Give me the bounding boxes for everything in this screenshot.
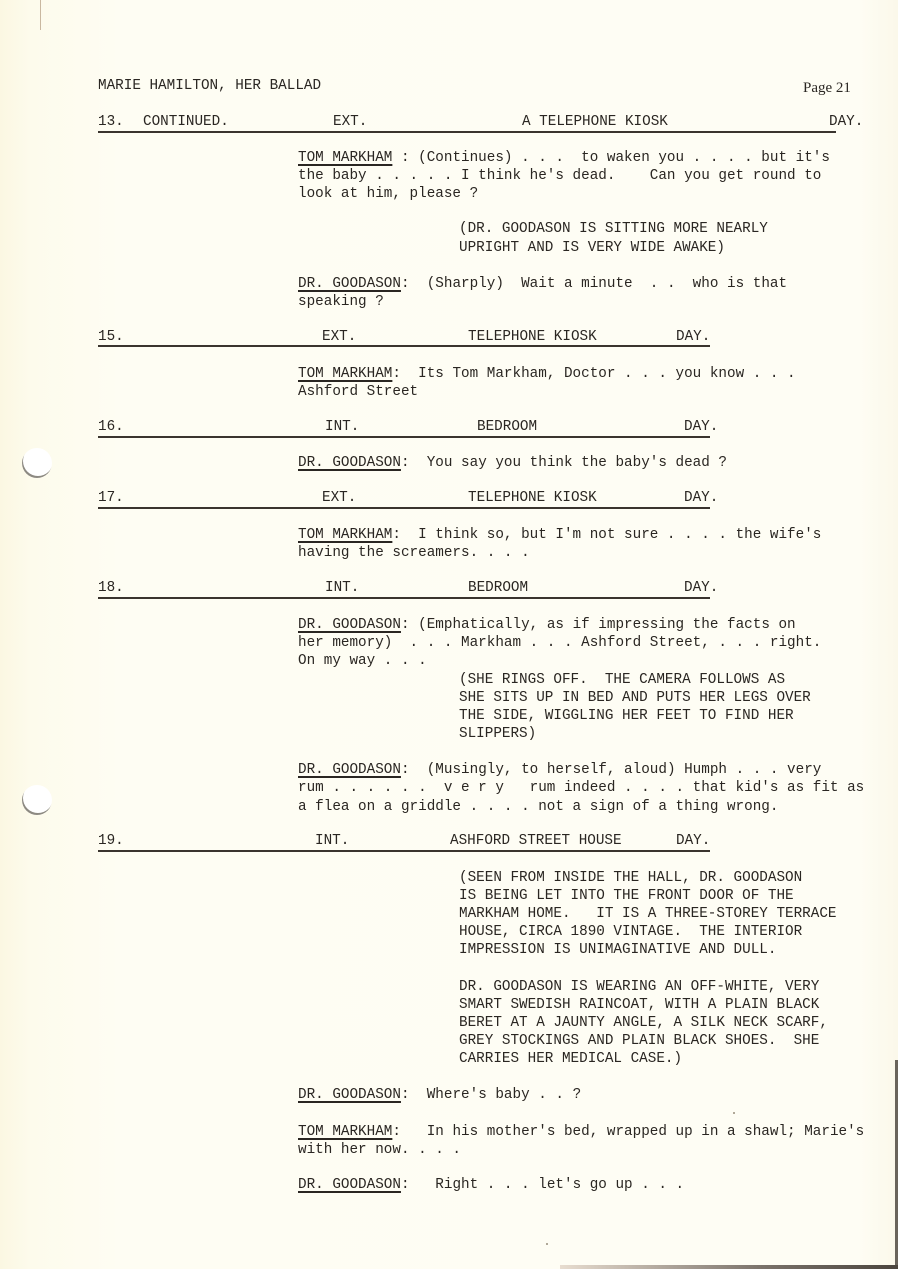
punch-hole-upper — [22, 448, 52, 478]
scene-location: TELEPHONE KIOSK — [468, 490, 597, 506]
dialogue-line: Where's baby . . ? — [427, 1087, 581, 1103]
scene-location: TELEPHONE KIOSK — [468, 329, 597, 345]
action-line: CARRIES HER MEDICAL CASE.) — [459, 1051, 682, 1067]
paper-speck — [546, 1243, 548, 1245]
scene-number: 19. — [98, 833, 124, 849]
scene-rule — [98, 850, 710, 852]
speaker-name: DR. GOODASON — [298, 1087, 401, 1103]
dialogue-line: a flea on a griddle . . . . not a sign o… — [298, 799, 778, 815]
dialogue-block: DR. GOODASON: Where's baby . . ? — [298, 1087, 581, 1103]
scene-time: DAY. — [676, 329, 710, 345]
scene-int-ext: EXT. — [322, 490, 356, 506]
speaker-name: DR. GOODASON — [298, 617, 401, 633]
action-line: THE SIDE, WIGGLING HER FEET TO FIND HER — [459, 708, 794, 724]
scene-number: 15. — [98, 329, 124, 345]
dialogue-line: her memory) . . . Markham . . . Ashford … — [298, 635, 821, 651]
scene-time: DAY. — [684, 490, 718, 506]
scene-rule — [98, 436, 710, 438]
scene-int-ext: INT. — [325, 419, 359, 435]
scene-number: 18. — [98, 580, 124, 596]
dialogue-line: look at him, please ? — [298, 186, 478, 202]
dialogue-line: Its Tom Markham, Doctor . . . you know .… — [418, 366, 796, 382]
action-line: SHE SITS UP IN BED AND PUTS HER LEGS OVE… — [459, 690, 811, 706]
action-line: IS BEING LET INTO THE FRONT DOOR OF THE — [459, 888, 794, 904]
scene-int-ext: INT. — [315, 833, 349, 849]
script-title: MARIE HAMILTON, HER BALLAD — [98, 78, 321, 94]
scene-rule — [98, 597, 710, 599]
dialogue-block: DR. GOODASON: (Sharply) Wait a minute . … — [298, 276, 787, 292]
dialogue-line: rum . . . . . . v e r y rum indeed . . .… — [298, 780, 864, 796]
scene-number: 13. — [98, 114, 124, 130]
speaker-name: DR. GOODASON — [298, 762, 401, 778]
dialogue-line: with her now. . . . — [298, 1142, 461, 1158]
scene-number: 16. — [98, 419, 124, 435]
action-line: GREY STOCKINGS AND PLAIN BLACK SHOES. SH… — [459, 1033, 819, 1049]
page-bottom-edge — [560, 1265, 898, 1269]
scene-int-ext: INT. — [325, 580, 359, 596]
punch-hole-lower — [22, 785, 52, 815]
dialogue-line: speaking ? — [298, 294, 384, 310]
action-line: DR. GOODASON IS WEARING AN OFF-WHITE, VE… — [459, 979, 819, 995]
action-line: IMPRESSION IS UNIMAGINATIVE AND DULL. — [459, 942, 776, 958]
speaker-name: TOM MARKHAM — [298, 527, 392, 543]
dialogue-block: TOM MARKHAM: In his mother's bed, wrappe… — [298, 1124, 864, 1140]
dialogue-line: (Musingly, to herself, aloud) Humph . . … — [427, 762, 822, 778]
action-line: (DR. GOODASON IS SITTING MORE NEARLY — [459, 221, 768, 237]
dialogue-line: On my way . . . — [298, 653, 427, 669]
dialogue-block: TOM MARKHAM: I think so, but I'm not sur… — [298, 527, 821, 543]
dialogue-line: In his mother's bed, wrapped up in a sha… — [427, 1124, 865, 1140]
scene-int-ext: EXT. — [333, 114, 367, 130]
action-line: (SHE RINGS OFF. THE CAMERA FOLLOWS AS — [459, 672, 785, 688]
action-line: SLIPPERS) — [459, 726, 536, 742]
scene-number: 17. — [98, 490, 124, 506]
margin-mark — [40, 0, 41, 30]
speaker-name: TOM MARKHAM — [298, 150, 392, 166]
dialogue-line: having the screamers. . . . — [298, 545, 530, 561]
dialogue-line: (Continues) . . . to waken you . . . . b… — [418, 150, 830, 166]
dialogue-line: I think so, but I'm not sure . . . . the… — [418, 527, 821, 543]
scene-time: DAY. — [684, 580, 718, 596]
action-line: HOUSE, CIRCA 1890 VINTAGE. THE INTERIOR — [459, 924, 802, 940]
dialogue-block: DR. GOODASON: (Musingly, to herself, alo… — [298, 762, 821, 778]
dialogue-line: You say you think the baby's dead ? — [427, 455, 727, 471]
speaker-name: DR. GOODASON — [298, 1177, 401, 1193]
speaker-name: DR. GOODASON — [298, 455, 401, 471]
scene-rule — [98, 131, 836, 133]
scene-time: DAY. — [829, 114, 863, 130]
scene-time: DAY. — [684, 419, 718, 435]
action-line: (SEEN FROM INSIDE THE HALL, DR. GOODASON — [459, 870, 802, 886]
scene-location: A TELEPHONE KIOSK — [522, 114, 668, 130]
dialogue-line: Ashford Street — [298, 384, 418, 400]
scene-location: BEDROOM — [468, 580, 528, 596]
script-page: MARIE HAMILTON, HER BALLAD Page 21 13. C… — [0, 0, 898, 1269]
action-line: BERET AT A JAUNTY ANGLE, A SILK NECK SCA… — [459, 1015, 828, 1031]
dialogue-line: Right . . . let's go up . . . — [435, 1177, 684, 1193]
scene-int-ext: EXT. — [322, 329, 356, 345]
speaker-name: TOM MARKHAM — [298, 366, 392, 382]
dialogue-block: DR. GOODASON: You say you think the baby… — [298, 455, 727, 471]
speaker-name: TOM MARKHAM — [298, 1124, 392, 1140]
scene-rule — [98, 345, 710, 347]
scene-location: ASHFORD STREET HOUSE — [450, 833, 622, 849]
dialogue-line: (Sharply) Wait a minute . . who is that — [427, 276, 787, 292]
dialogue-block: TOM MARKHAM: Its Tom Markham, Doctor . .… — [298, 366, 796, 382]
scene-location: BEDROOM — [477, 419, 537, 435]
speaker-name: DR. GOODASON — [298, 276, 401, 292]
dialogue-line: (Emphatically, as if impressing the fact… — [418, 617, 796, 633]
scene-rule — [98, 507, 710, 509]
action-line: SMART SWEDISH RAINCOAT, WITH A PLAIN BLA… — [459, 997, 819, 1013]
paper-speck — [733, 1112, 735, 1114]
dialogue-block: DR. GOODASON: (Emphatically, as if impre… — [298, 617, 796, 633]
dialogue-line: the baby . . . . . I think he's dead. Ca… — [298, 168, 821, 184]
page-number: Page 21 — [803, 80, 851, 97]
scene-time: DAY. — [676, 833, 710, 849]
action-line: MARKHAM HOME. IT IS A THREE-STOREY TERRA… — [459, 906, 837, 922]
dialogue-block: DR. GOODASON: Right . . . let's go up . … — [298, 1177, 684, 1193]
action-line: UPRIGHT AND IS VERY WIDE AWAKE) — [459, 240, 725, 256]
dialogue-block: TOM MARKHAM : (Continues) . . . to waken… — [298, 150, 830, 166]
scene-continued: CONTINUED. — [143, 114, 229, 130]
